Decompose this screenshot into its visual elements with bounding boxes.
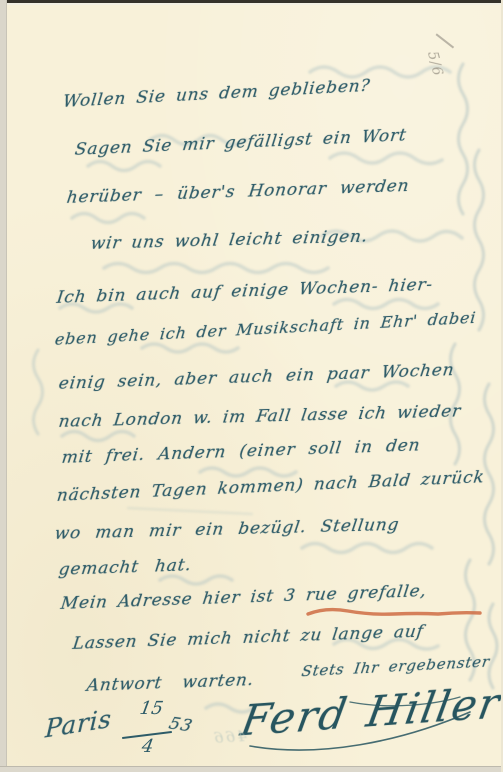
scan-edge-bottom [0, 766, 503, 772]
scan-edge-top-light [0, 3, 503, 5]
date-month: 4 [140, 736, 155, 757]
letter-page: Wollen Sie uns dem geblieben? Sagen Sie … [0, 0, 503, 772]
scan-edge-left [0, 0, 7, 772]
date-day: 15 [138, 698, 165, 719]
bleedthrough-digits: 466 [211, 727, 247, 747]
